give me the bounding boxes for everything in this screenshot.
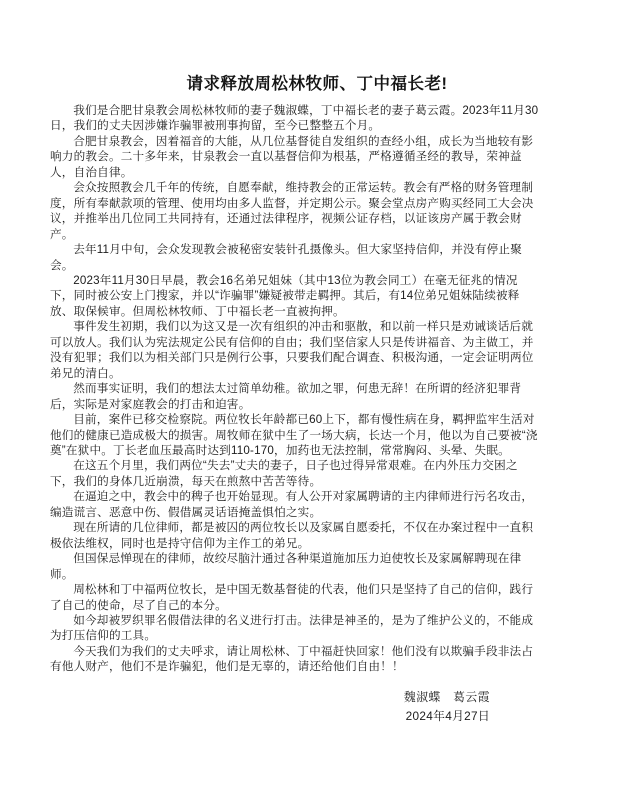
paragraph-9: 在这五个月里，我们两位“失去”丈夫的妻子，日子也过得异常艰难。在内外压力交困之下…	[50, 458, 540, 489]
paragraph-6: 事件发生初期，我们以为这又是一次有组织的冲击和驱散，和以前一样只是劝诫谈话后就可…	[50, 319, 540, 381]
paragraph-5: 2023年11月30日早晨，教会16名弟兄姐妹（其中13位为教会同工）在毫无征兆…	[50, 273, 540, 319]
paragraph-7: 然而事实证明，我们的想法太过简单幼稚。欲加之罪，何患无辞！在所谓的经济犯罪背后，…	[50, 381, 540, 412]
signature-date: 2024年4月27日	[50, 707, 490, 726]
paragraph-2: 合肥甘泉教会，因着福音的大能，从几位基督徒自发组织的查经小组，成长为当地较有影响…	[50, 134, 540, 180]
paragraph-13: 周松林和丁中福两位牧长，是中国无数基督徒的代表，他们只是坚持了自己的信仰，践行了…	[50, 582, 540, 613]
paragraph-10: 在逼迫之中，教会中的稗子也开始显现。有人公开对家属聘请的主内律师进行污名攻击，编…	[50, 489, 540, 520]
petition-letter-page: 请求释放周松林牧师、丁中福长老! 我们是合肥甘泉教会周松林牧师的妻子魏淑蝶，丁中…	[0, 0, 618, 800]
paragraph-14: 如今却被罗织罪名假借法律的名义进行打击。法律是神圣的，是为了维护公义的，不能成为…	[50, 613, 540, 644]
signature-names: 魏淑蝶 葛云霞	[50, 688, 490, 707]
paragraph-11: 现在所请的几位律师，都是被囚的两位牧长以及家属自愿委托，不仅在办案过程中一直积极…	[50, 520, 540, 551]
document-title: 请求释放周松林牧师、丁中福长老!	[72, 70, 562, 94]
paragraph-15: 今天我们为我们的丈夫呼求，请让周松林、丁中福赶快回家！他们没有以欺骗手段非法占有…	[50, 644, 540, 675]
document-body: 我们是合肥甘泉教会周松林牧师的妻子魏淑蝶，丁中福长老的妻子葛云霞。2023年11…	[50, 103, 540, 675]
paragraph-12: 但国保忌惮现在的律师，故绞尽脑汁通过各种渠道施加压力迫使牧长及家属解聘现在律师。	[50, 551, 540, 582]
paragraph-4: 去年11月中旬，会众发现教会被秘密安装针孔摄像头。但大家坚持信仰，并没有停止聚会…	[50, 242, 540, 273]
paragraph-3: 会众按照教会几千年的传统，自愿奉献，维持教会的正常运转。教会有严格的财务管理制度…	[50, 180, 540, 242]
paragraph-1: 我们是合肥甘泉教会周松林牧师的妻子魏淑蝶，丁中福长老的妻子葛云霞。2023年11…	[50, 103, 540, 134]
signature-block: 魏淑蝶 葛云霞 2024年4月27日	[50, 688, 540, 726]
paragraph-8: 目前，案件已移交检察院。两位牧长年龄都已60上下，都有慢性病在身，羁押监牢生活对…	[50, 412, 540, 458]
